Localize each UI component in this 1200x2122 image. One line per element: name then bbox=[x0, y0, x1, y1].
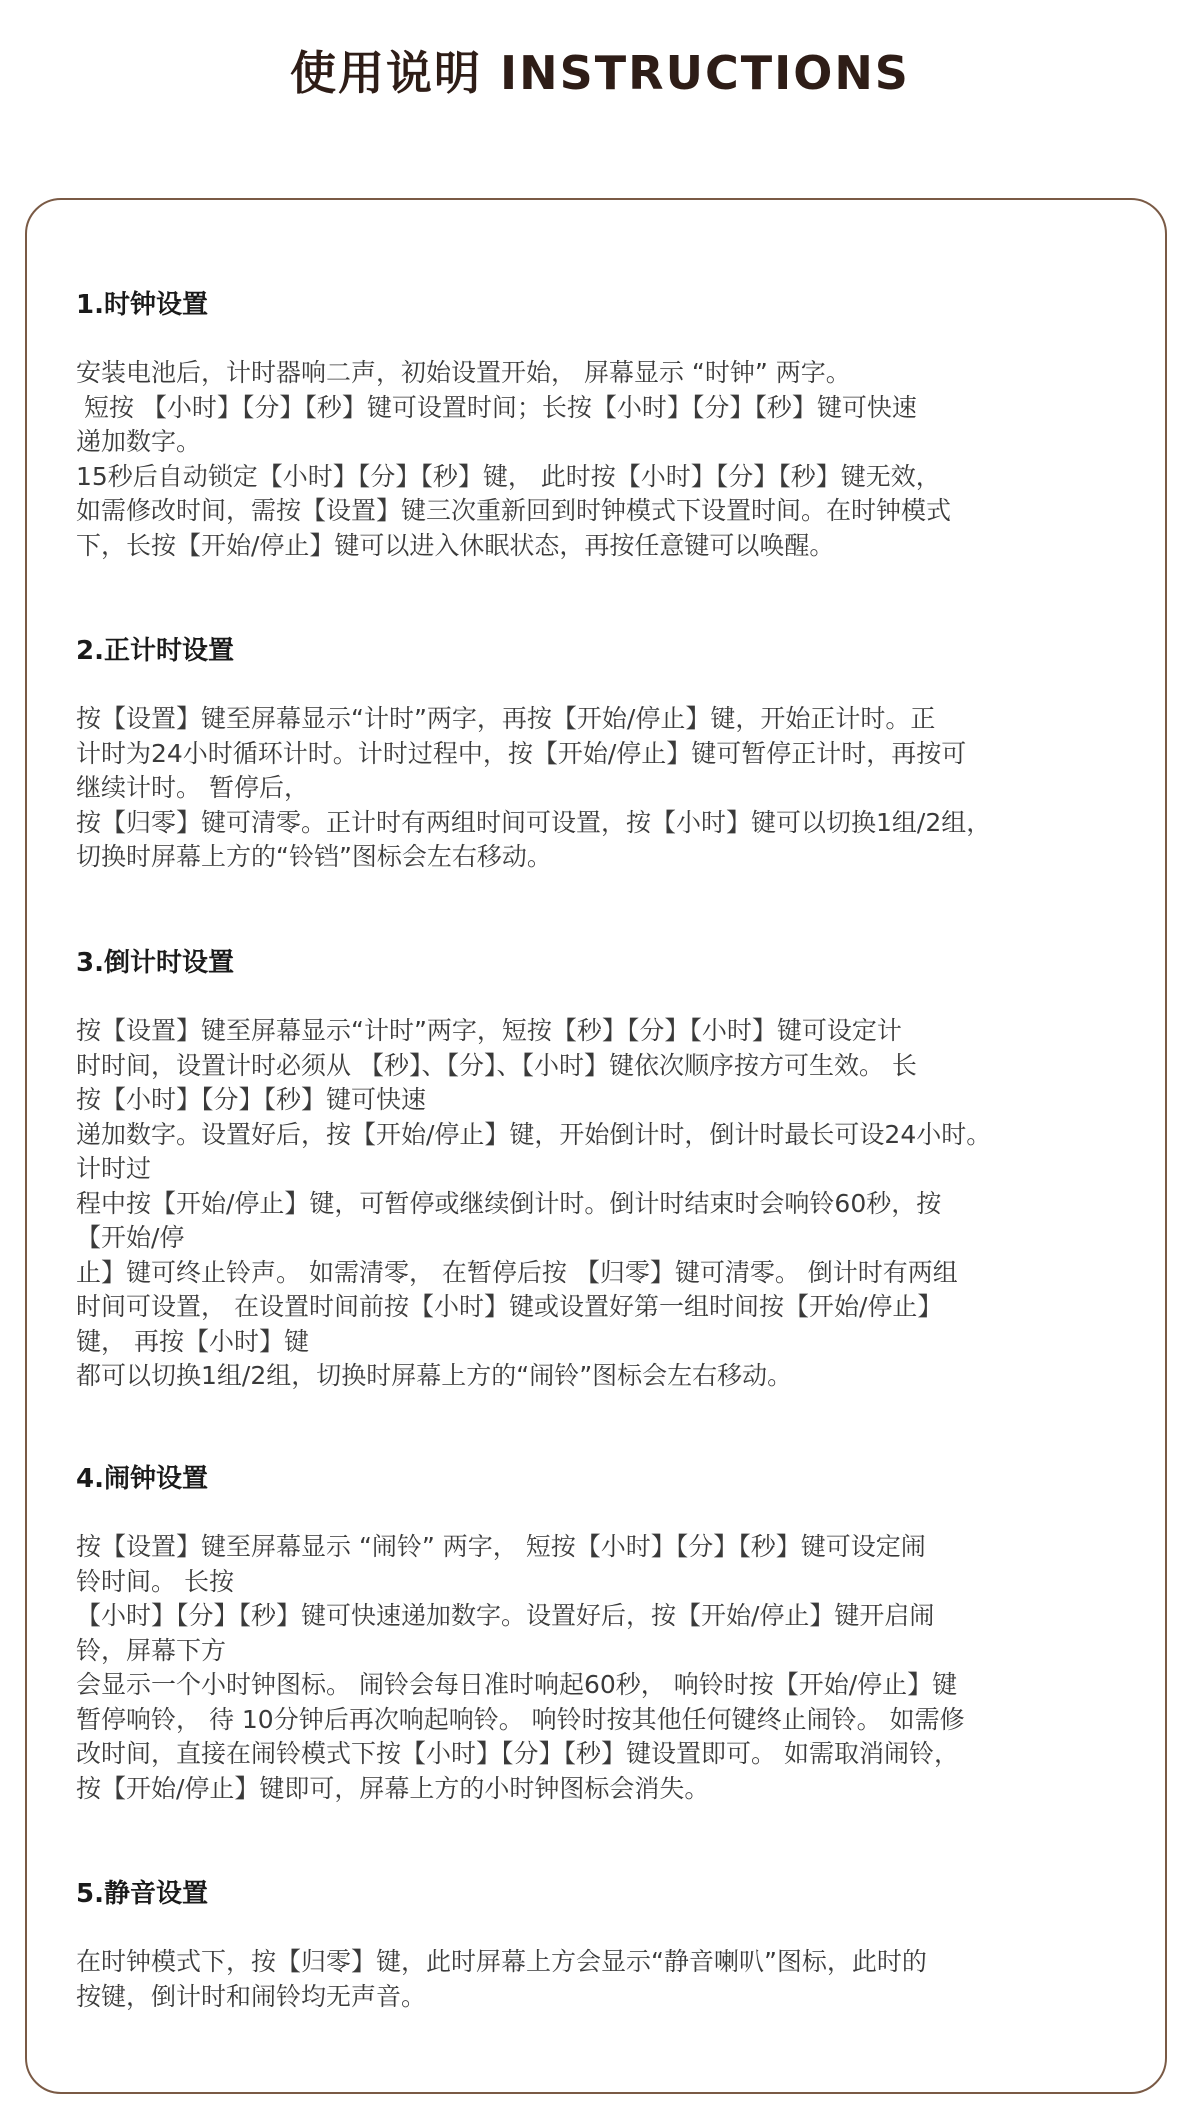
section-body: 按【设置】键至屏幕显示 “闹铃” 两字， 短按【小时】【分】【秒】键可设定闹 铃… bbox=[76, 1530, 1136, 1806]
body-line: 止】键可终止铃声。 如需清零， 在暂停后按 【归零】键可清零。 倒计时有两组 bbox=[76, 1256, 1136, 1291]
body-line: 递加数字。 bbox=[76, 425, 1136, 460]
section-clock-setting: 1.时钟设置 安装电池后，计时器响二声，初始设置开始， 屏幕显示 “时钟” 两字… bbox=[76, 288, 1136, 322]
body-line: 短按 【小时】【分】【秒】键可设置时间；长按【小时】【分】【秒】键可快速 bbox=[76, 391, 1136, 426]
body-line: 铃，屏幕下方 bbox=[76, 1634, 1136, 1669]
body-line: 程中按【开始/停止】键，可暂停或继续倒计时。倒计时结束时会响铃60秒，按 bbox=[76, 1187, 1136, 1222]
body-line: 铃时间。 长按 bbox=[76, 1565, 1136, 1600]
body-line: 计时过 bbox=[76, 1152, 1136, 1187]
body-line: 按【设置】键至屏幕显示 “闹铃” 两字， 短按【小时】【分】【秒】键可设定闹 bbox=[76, 1530, 1136, 1565]
body-line: 键， 再按【小时】键 bbox=[76, 1325, 1136, 1360]
body-line: 如需修改时间，需按【设置】键三次重新回到时钟模式下设置时间。在时钟模式 bbox=[76, 494, 1136, 529]
body-line: 会显示一个小时钟图标。 闹铃会每日准时响起60秒， 响铃时按【开始/停止】键 bbox=[76, 1668, 1136, 1703]
section-countup-setting: 2.正计时设置 按【设置】键至屏幕显示“计时”两字，再按【开始/停止】键，开始正… bbox=[76, 634, 1136, 668]
body-line: 15秒后自动锁定【小时】【分】【秒】键， 此时按【小时】【分】【秒】键无效， bbox=[76, 460, 1136, 495]
body-line: 暂停响铃， 待 10分钟后再次响起响铃。 响铃时按其他任何键终止闹铃。 如需修 bbox=[76, 1703, 1136, 1738]
body-line: 【小时】【分】【秒】键可快速递加数字。设置好后，按【开始/停止】键开启闹 bbox=[76, 1599, 1136, 1634]
section-heading: 3.倒计时设置 bbox=[76, 946, 1136, 980]
body-line: 按【设置】键至屏幕显示“计时”两字，再按【开始/停止】键，开始正计时。正 bbox=[76, 702, 1136, 737]
body-line: 【开始/停 bbox=[76, 1221, 1136, 1256]
body-line: 时时间，设置计时必须从 【秒】、【分】、【小时】键依次顺序按方可生效。 长 bbox=[76, 1049, 1136, 1084]
section-body: 按【设置】键至屏幕显示“计时”两字，短按【秒】【分】【小时】键可设定计 时时间，… bbox=[76, 1014, 1136, 1394]
section-body: 按【设置】键至屏幕显示“计时”两字，再按【开始/停止】键，开始正计时。正 计时为… bbox=[76, 702, 1136, 875]
body-line: 都可以切换1组/2组，切换时屏幕上方的“闹铃”图标会左右移动。 bbox=[76, 1359, 1136, 1394]
section-countdown-setting: 3.倒计时设置 按【设置】键至屏幕显示“计时”两字，短按【秒】【分】【小时】键可… bbox=[76, 946, 1136, 980]
body-line: 改时间，直接在闹铃模式下按【小时】【分】【秒】键设置即可。 如需取消闹铃， bbox=[76, 1737, 1136, 1772]
section-heading: 2.正计时设置 bbox=[76, 634, 1136, 668]
body-line: 安装电池后，计时器响二声，初始设置开始， 屏幕显示 “时钟” 两字。 bbox=[76, 356, 1136, 391]
body-line: 继续计时。 暂停后， bbox=[76, 771, 1136, 806]
body-line: 按【归零】键可清零。正计时有两组时间可设置，按【小时】键可以切换1组/2组， bbox=[76, 806, 1136, 841]
section-heading: 5.静音设置 bbox=[76, 1877, 1136, 1911]
body-line: 递加数字。设置好后，按【开始/停止】键，开始倒计时，倒计时最长可设24小时。 bbox=[76, 1118, 1136, 1153]
body-line: 下，长按【开始/停止】键可以进入休眠状态，再按任意键可以唤醒。 bbox=[76, 529, 1136, 564]
body-line: 在时钟模式下，按【归零】键，此时屏幕上方会显示“静音喇叭”图标，此时的 bbox=[76, 1945, 1136, 1980]
body-line: 按【小时】【分】【秒】键可快速 bbox=[76, 1083, 1136, 1118]
body-line: 按【设置】键至屏幕显示“计时”两字，短按【秒】【分】【小时】键可设定计 bbox=[76, 1014, 1136, 1049]
body-line: 按键，倒计时和闹铃均无声音。 bbox=[76, 1980, 1136, 2015]
section-heading: 1.时钟设置 bbox=[76, 288, 1136, 322]
section-body: 安装电池后，计时器响二声，初始设置开始， 屏幕显示 “时钟” 两字。 短按 【小… bbox=[76, 356, 1136, 563]
body-line: 时间可设置， 在设置时间前按【小时】键或设置好第一组时间按【开始/停止】 bbox=[76, 1290, 1136, 1325]
section-heading: 4.闹钟设置 bbox=[76, 1462, 1136, 1496]
body-line: 切换时屏幕上方的“铃铛”图标会左右移动。 bbox=[76, 840, 1136, 875]
section-mute-setting: 5.静音设置 在时钟模式下，按【归零】键，此时屏幕上方会显示“静音喇叭”图标，此… bbox=[76, 1877, 1136, 1911]
page-title: 使用说明 INSTRUCTIONS bbox=[0, 38, 1200, 108]
body-line: 按【开始/停止】键即可，屏幕上方的小时钟图标会消失。 bbox=[76, 1772, 1136, 1807]
section-body: 在时钟模式下，按【归零】键，此时屏幕上方会显示“静音喇叭”图标，此时的 按键，倒… bbox=[76, 1945, 1136, 2014]
section-alarm-setting: 4.闹钟设置 按【设置】键至屏幕显示 “闹铃” 两字， 短按【小时】【分】【秒】… bbox=[76, 1462, 1136, 1496]
body-line: 计时为24小时循环计时。计时过程中，按【开始/停止】键可暂停正计时，再按可 bbox=[76, 737, 1136, 772]
